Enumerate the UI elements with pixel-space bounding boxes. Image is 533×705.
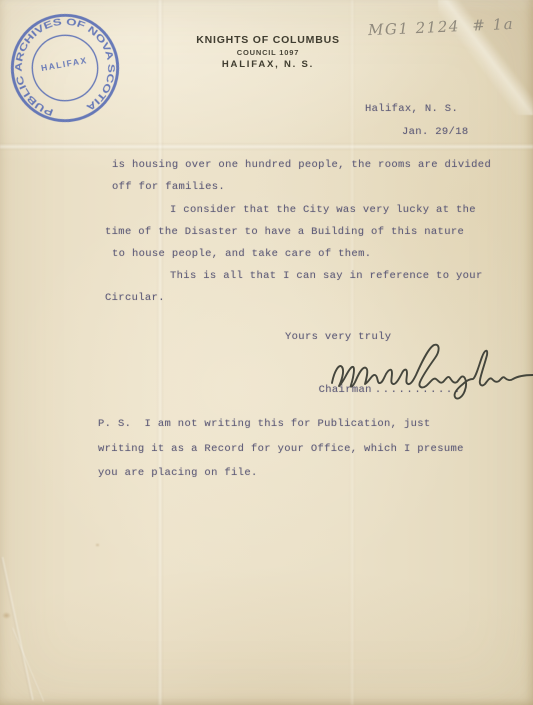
dateline-date: Jan. 29/18 — [402, 126, 469, 138]
postscript-line: P. S. I am not writing this for Publicat… — [98, 418, 431, 430]
letterhead-city: HALIFAX, N. S. — [178, 59, 358, 70]
letter-sheet: PUBLIC ARCHIVES OF NOVA SCOTIA HALIFAX K… — [0, 0, 533, 705]
body-line: I consider that the City was very lucky … — [170, 204, 476, 216]
dateline-place: Halifax, N. S. — [365, 103, 458, 115]
signature-handwriting: W. A. M. Conaghan — [326, 336, 533, 408]
foxing-spot — [95, 543, 100, 547]
body-line: time of the Disaster to have a Building … — [105, 226, 464, 238]
body-line: off for families. — [112, 181, 225, 193]
signature-ink-stroke — [332, 345, 533, 399]
pencil-annotation: MG1 2124 # 1a — [368, 15, 515, 39]
letterhead-council: COUNCIL 1097 — [178, 48, 358, 57]
foxing-spot — [2, 612, 11, 619]
postscript-line: you are placing on file. — [98, 467, 258, 479]
fold-crease-horizontal — [0, 143, 533, 150]
body-line: to house people, and take care of them. — [112, 248, 371, 260]
fold-crease-vertical-left — [157, 0, 163, 705]
archive-stamp: PUBLIC ARCHIVES OF NOVA SCOTIA HALIFAX — [0, 0, 133, 136]
letterhead: KNIGHTS OF COLUMBUS COUNCIL 1097 HALIFAX… — [178, 34, 358, 70]
body-line: is housing over one hundred people, the … — [112, 159, 491, 171]
body-line: This is all that I can say in reference … — [170, 270, 483, 282]
stamp-center-text: HALIFAX — [40, 55, 88, 73]
letterhead-organization: KNIGHTS OF COLUMBUS — [178, 34, 358, 46]
crease-diagonal-bottom-left — [1, 557, 34, 700]
postscript-line: writing it as a Record for your Office, … — [98, 443, 464, 455]
body-line: Circular. — [105, 292, 165, 304]
crease-diagonal-bottom-left-2 — [11, 628, 44, 702]
